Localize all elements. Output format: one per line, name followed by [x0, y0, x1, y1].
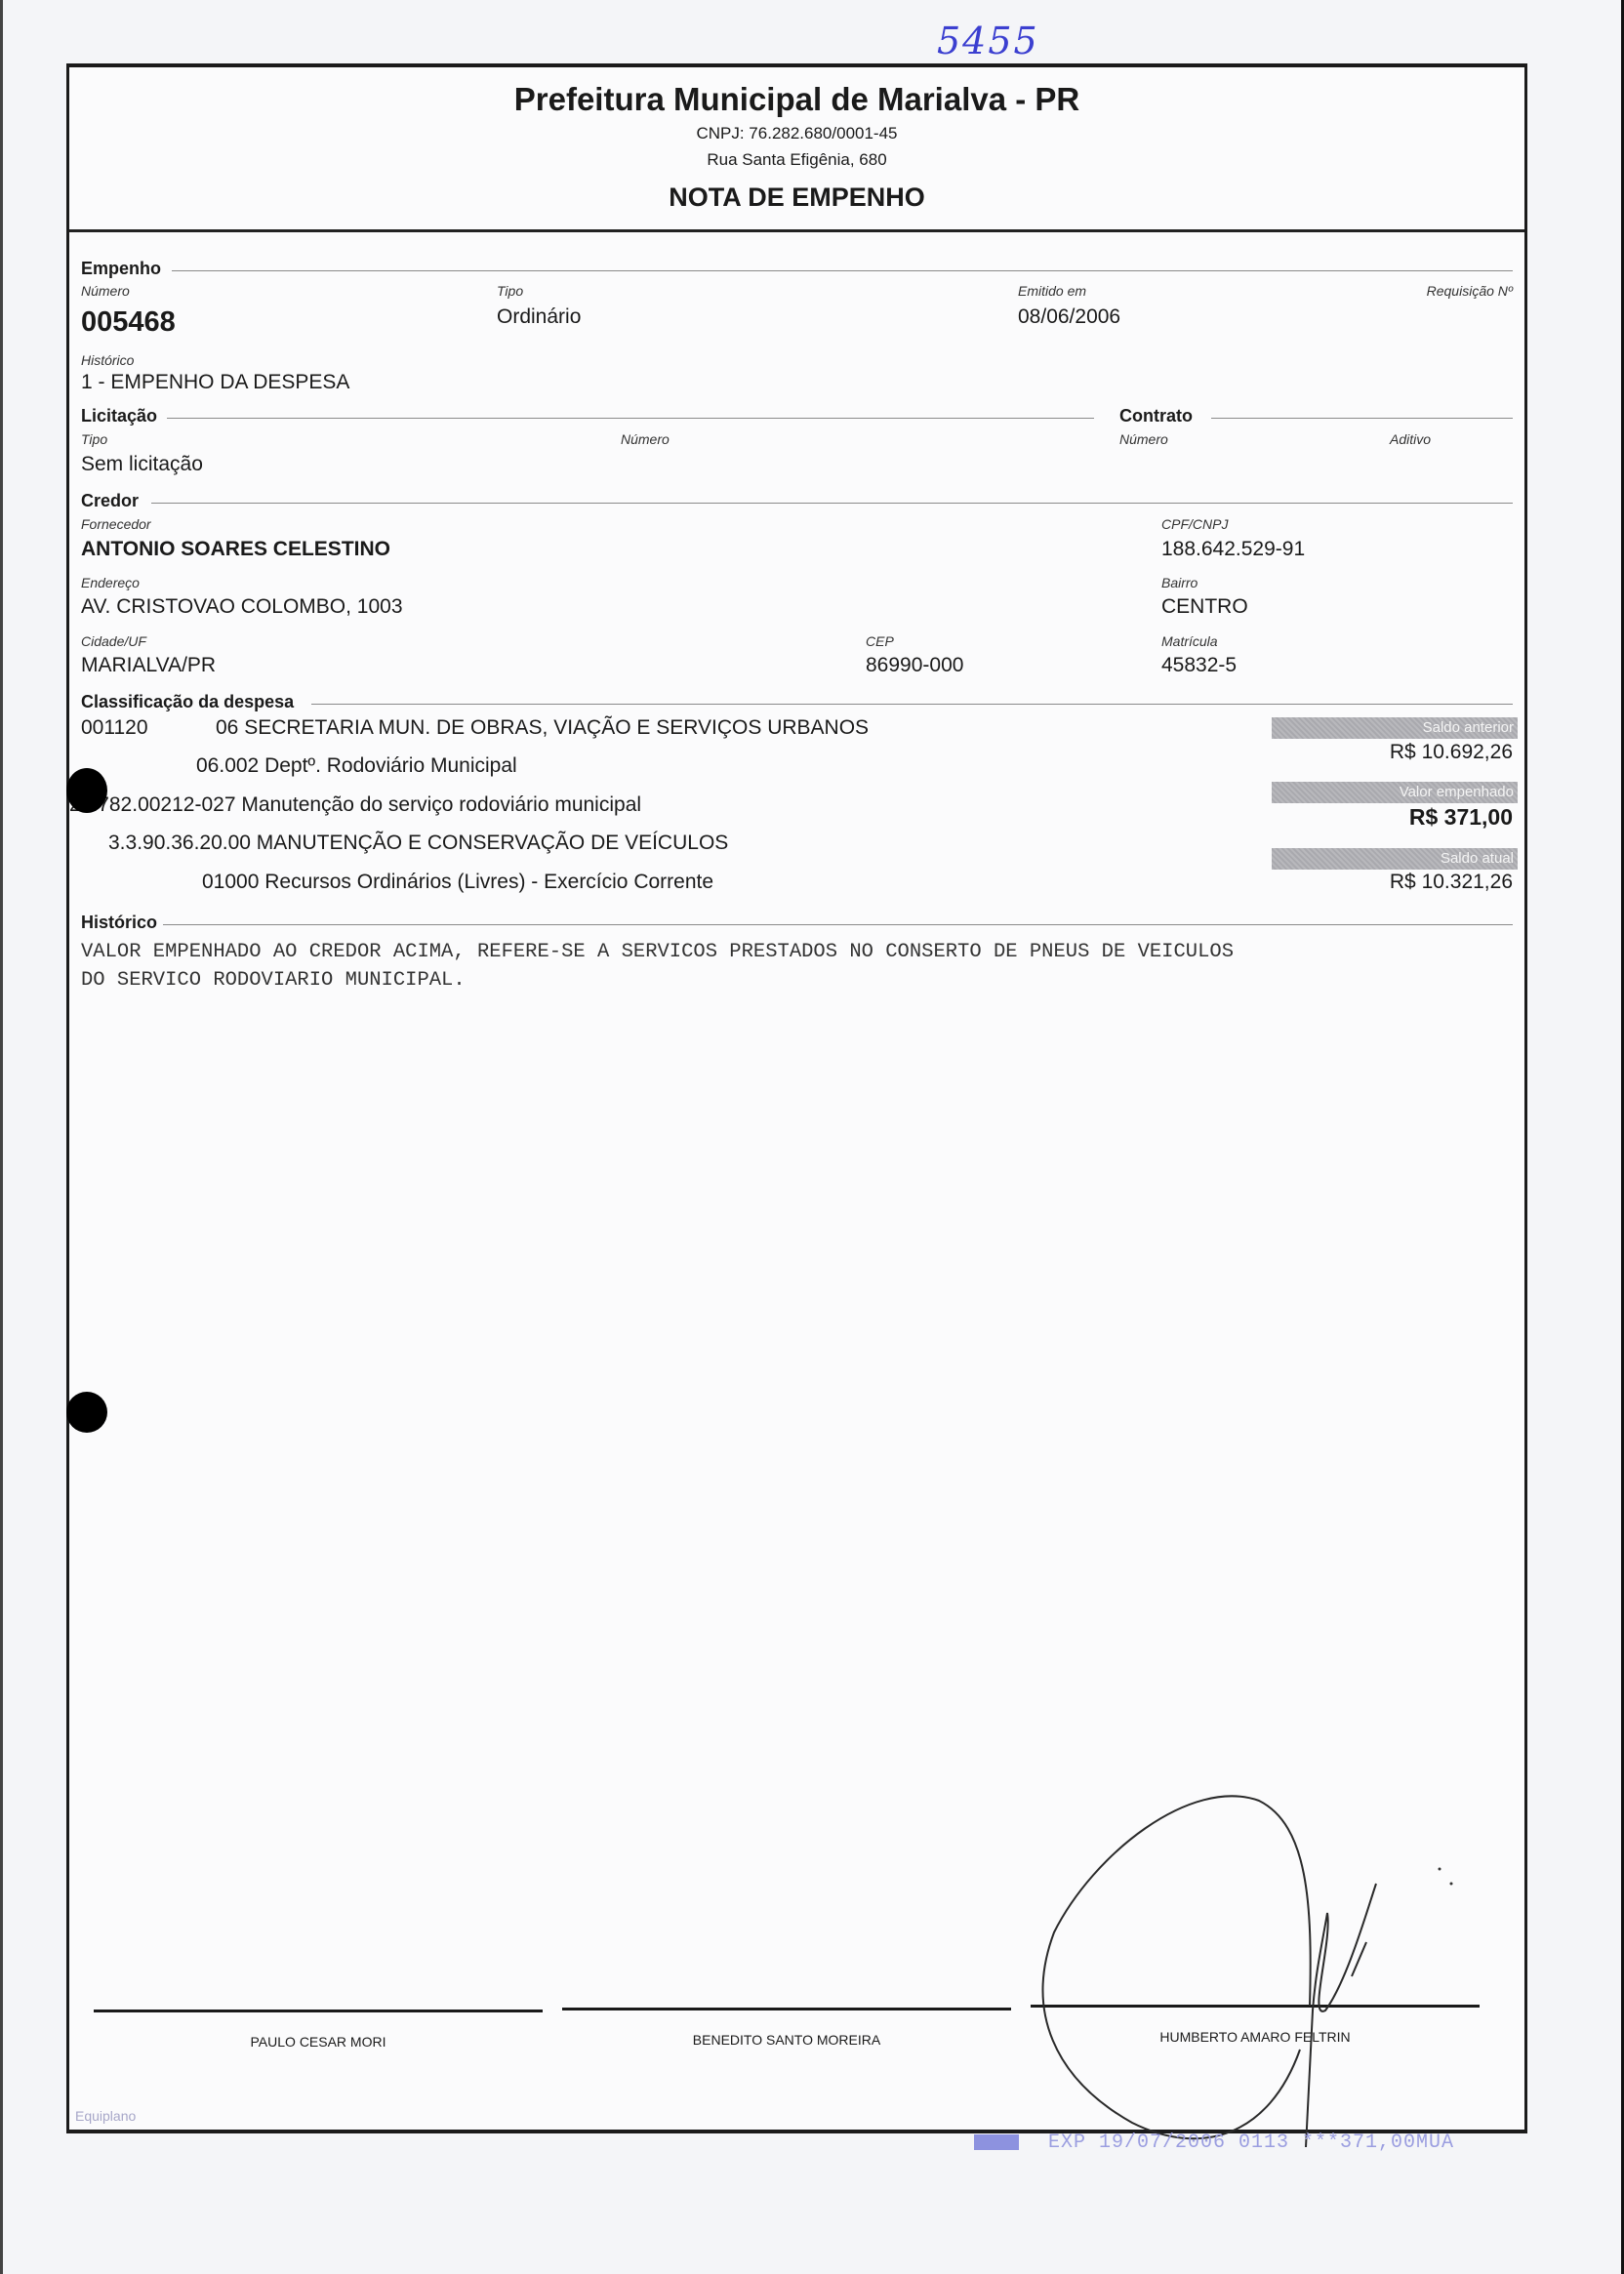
- fornecedor-name: ANTONIO SOARES CELESTINO: [81, 538, 390, 561]
- document-frame: Prefeitura Municipal de Marialva - PR CN…: [66, 63, 1527, 2133]
- valor-empenhado-label: Valor empenhado: [1272, 782, 1518, 803]
- saldo-anterior-label: Saldo anterior: [1272, 717, 1518, 739]
- classificacao-line: 06 SECRETARIA MUN. DE OBRAS, VIAÇÃO E SE…: [216, 716, 869, 740]
- empenho-historico-label: Histórico: [81, 352, 134, 368]
- empenho-historico: 1 - EMPENHO DA DESPESA: [81, 371, 349, 394]
- signature-line: [94, 2010, 543, 2012]
- licitacao-numero-label: Número: [621, 431, 670, 447]
- signature-line: [1031, 2005, 1480, 2008]
- section-rule: [172, 270, 1513, 271]
- org-address: Rua Santa Efigênia, 680: [69, 150, 1524, 170]
- empenho-tipo: Ordinário: [497, 305, 581, 329]
- historico-text: VALOR EMPENHADO AO CREDOR ACIMA, REFERE-…: [81, 938, 1516, 995]
- cidade-label: Cidade/UF: [81, 633, 146, 649]
- handwritten-page-number: 5455: [937, 20, 1039, 62]
- document-header: Prefeitura Municipal de Marialva - PR CN…: [69, 67, 1524, 232]
- valor-empenhado-value: R$ 371,00: [1409, 804, 1513, 831]
- contrato-aditivo-label: Aditivo: [1390, 431, 1431, 447]
- matricula-label: Matrícula: [1161, 633, 1218, 649]
- punch-hole: [66, 768, 107, 813]
- signatory-name: PAULO CESAR MORI: [94, 2034, 543, 2050]
- empenho-numero: 005468: [81, 306, 176, 339]
- bairro-value: CENTRO: [1161, 595, 1248, 619]
- section-rule: [163, 924, 1513, 925]
- classificacao-line: 01000 Recursos Ordinários (Livres) - Exe…: [202, 871, 713, 894]
- classificacao-line: 26.782.00212-027 Manutenção do serviço r…: [69, 793, 641, 817]
- endereco-value: AV. CRISTOVAO COLOMBO, 1003: [81, 595, 403, 619]
- matricula-value: 45832-5: [1161, 654, 1237, 677]
- scan-edge: [0, 0, 3, 2274]
- cpf-label: CPF/CNPJ: [1161, 516, 1228, 532]
- section-rule: [311, 704, 1513, 705]
- section-licitacao: Licitação: [81, 406, 157, 426]
- saldo-atual-value: R$ 10.321,26: [1390, 871, 1513, 894]
- signature-line: [562, 2008, 1011, 2010]
- cpf-value: 188.642.529-91: [1161, 538, 1305, 561]
- emitido-date: 08/06/2006: [1018, 305, 1120, 329]
- section-rule: [151, 503, 1513, 504]
- stamp-text: EXP 19/07/2006 0113 ***371,00MUA: [1048, 2132, 1454, 2154]
- classificacao-line: 06.002 Deptº. Rodoviário Municipal: [196, 754, 517, 778]
- empenho-tipo-label: Tipo: [497, 283, 523, 299]
- emitido-label: Emitido em: [1018, 283, 1086, 299]
- cidade-value: MARIALVA/PR: [81, 654, 216, 677]
- processing-stamp: EXP 19/07/2006 0113 ***371,00MUA: [974, 2132, 1454, 2154]
- section-rule: [167, 418, 1094, 419]
- org-title: Prefeitura Municipal de Marialva - PR: [69, 81, 1524, 118]
- endereco-label: Endereço: [81, 575, 140, 590]
- licitacao-tipo: Sem licitação: [81, 453, 203, 476]
- cep-label: CEP: [866, 633, 894, 649]
- saldo-anterior-value: R$ 10.692,26: [1390, 741, 1513, 764]
- empenho-numero-label: Número: [81, 283, 130, 299]
- contrato-numero-label: Número: [1119, 431, 1168, 447]
- document-title: NOTA DE EMPENHO: [69, 183, 1524, 213]
- classificacao-code: 001120: [81, 716, 148, 740]
- saldo-atual-label: Saldo atual: [1272, 848, 1518, 870]
- stamp-logo-icon: [974, 2134, 1019, 2150]
- section-rule: [1211, 418, 1513, 419]
- section-historico: Histórico: [81, 913, 157, 933]
- section-contrato: Contrato: [1119, 406, 1193, 426]
- cep-value: 86990-000: [866, 654, 963, 677]
- bairro-label: Bairro: [1161, 575, 1198, 590]
- classificacao-line: 3.3.90.36.20.00 MANUTENÇÃO E CONSERVAÇÃO…: [108, 832, 728, 855]
- org-cnpj: CNPJ: 76.282.680/0001-45: [69, 124, 1524, 143]
- punch-hole: [66, 1392, 107, 1433]
- section-classificacao: Classificação da despesa: [81, 692, 294, 712]
- signatory-name: HUMBERTO AMARO FELTRIN: [1031, 2029, 1480, 2045]
- footer-brand: Equiplano: [75, 2108, 136, 2124]
- fornecedor-label: Fornecedor: [81, 516, 151, 532]
- licitacao-tipo-label: Tipo: [81, 431, 107, 447]
- section-credor: Credor: [81, 491, 139, 511]
- requisicao-label: Requisição Nº: [1427, 283, 1513, 299]
- signatory-name: BENEDITO SANTO MOREIRA: [562, 2032, 1011, 2048]
- section-empenho: Empenho: [81, 259, 161, 279]
